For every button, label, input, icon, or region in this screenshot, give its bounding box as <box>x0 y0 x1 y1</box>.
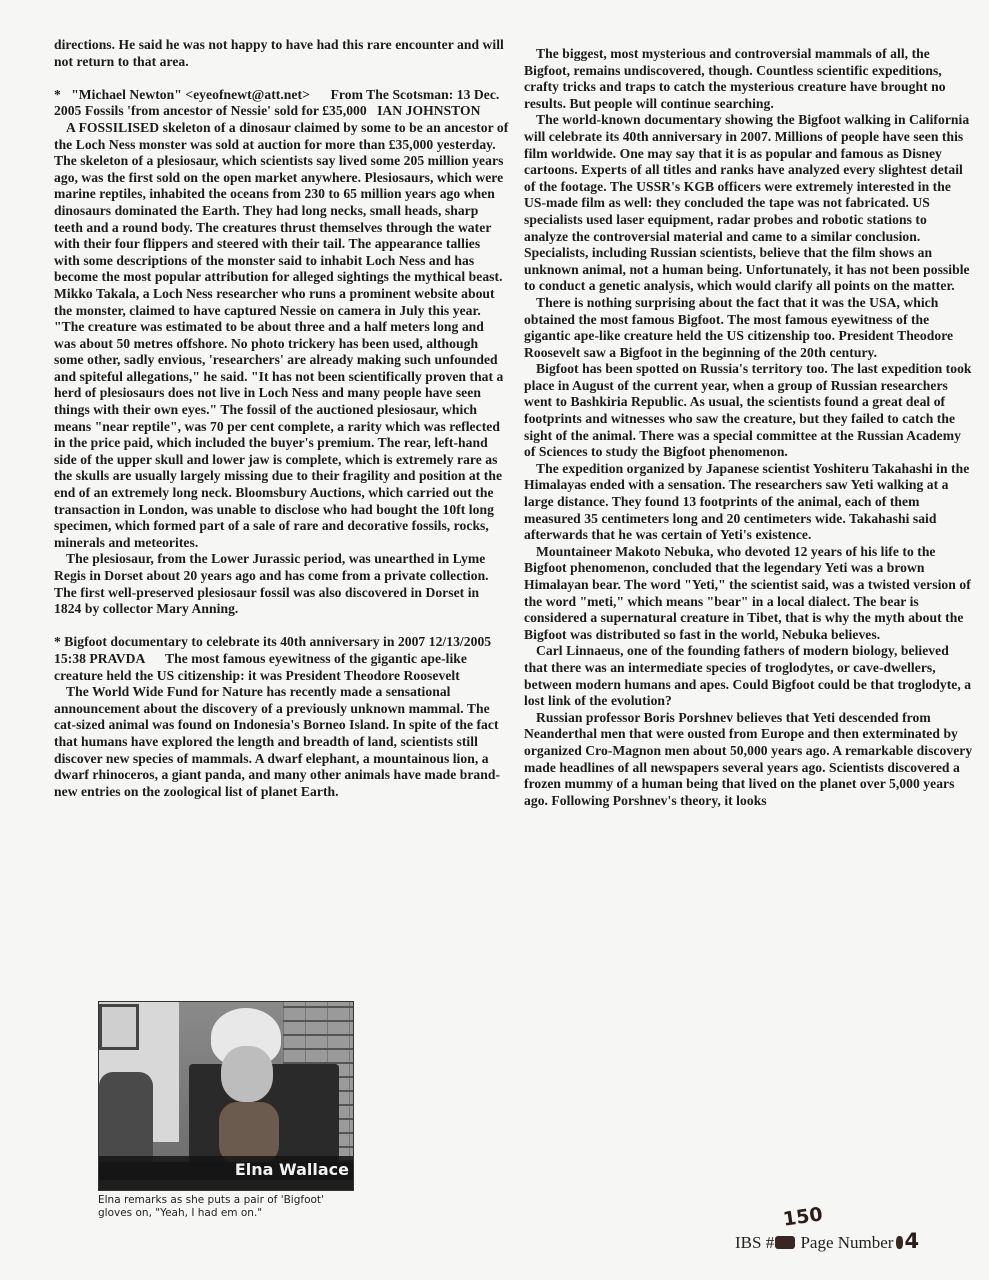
paragraph: The plesiosaur, from the Lower Jurassic … <box>54 551 509 617</box>
photo-elna-wallace: Elna Wallace <box>98 1001 354 1191</box>
paragraph: Russian professor Boris Porshnev believe… <box>524 710 974 810</box>
scribble-mark <box>775 1236 795 1249</box>
handwritten-page-number: 4 <box>904 1229 919 1253</box>
left-column: directions. He said he was not happy to … <box>54 37 509 800</box>
photo-caption: Elna remarks as she puts a pair of 'Bigf… <box>98 1194 354 1220</box>
right-column: The biggest, most mysterious and controv… <box>524 46 974 809</box>
paragraph: directions. He said he was not happy to … <box>54 37 509 70</box>
paragraph: The world-known documentary showing the … <box>524 112 974 295</box>
photo-figure: Elna Wallace Elna remarks as she puts a … <box>98 1001 354 1220</box>
paragraph: Bigfoot has been spotted on Russia's ter… <box>524 361 974 461</box>
paragraph: The biggest, most mysterious and controv… <box>524 46 974 112</box>
footer-prefix: IBS # <box>735 1233 774 1252</box>
handwritten-issue-number: 150 <box>782 1203 824 1230</box>
photo-name-overlay: Elna Wallace <box>235 1160 349 1179</box>
paragraph: Carl Linnaeus, one of the founding fathe… <box>524 643 974 709</box>
paragraph: Mountaineer Makoto Nebuka, who devoted 1… <box>524 544 974 644</box>
paragraph: The World Wide Fund for Nature has recen… <box>54 684 509 800</box>
paragraph: The expedition organized by Japanese sci… <box>524 461 974 544</box>
scribble-mark <box>896 1236 903 1249</box>
page-footer: IBS # Page Number4 <box>735 1229 919 1253</box>
paragraph: A FOSSILISED skeleton of a dinosaur clai… <box>54 120 509 551</box>
article-header: * Bigfoot documentary to celebrate its 4… <box>54 634 509 684</box>
paragraph: There is nothing surprising about the fa… <box>524 295 974 361</box>
footer-label: Page Number <box>800 1233 893 1252</box>
article-header: * "Michael Newton" <eyeofnewt@att.net> F… <box>54 87 509 120</box>
